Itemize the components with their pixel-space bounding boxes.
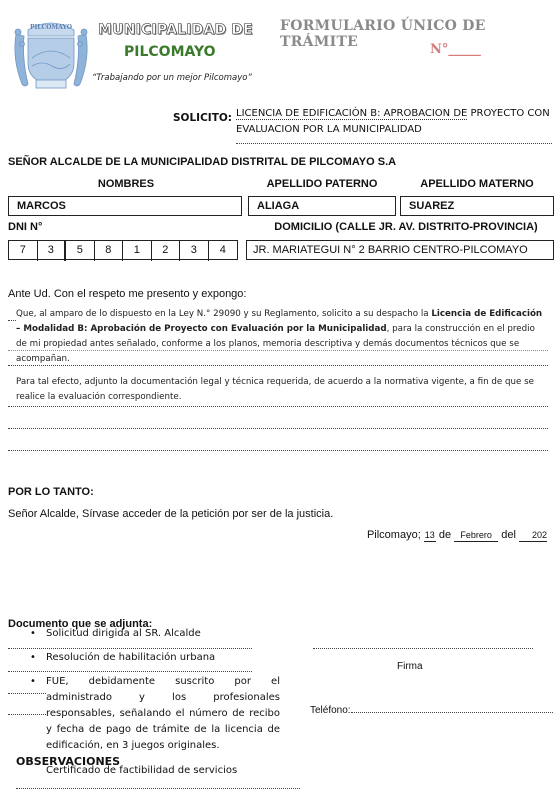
apellido-materno-field[interactable]: SUAREZ	[400, 196, 554, 216]
svg-text:PILCOMAYO: PILCOMAYO	[30, 24, 72, 31]
municipality-name-line1: MUNICIPALIDAD DE	[98, 22, 253, 38]
apellido-paterno-header: APELLIDO PATERNO	[248, 178, 396, 190]
closing-heading: POR LO TANTO:	[8, 486, 94, 498]
dni-field[interactable]: 73581234	[8, 240, 238, 260]
dotted-line	[8, 320, 16, 321]
apellido-materno-header: APELLIDO MATERNO	[400, 178, 554, 190]
closing-text: Señor Alcalde, Sírvase acceder de la pet…	[8, 508, 333, 520]
form-title: FORMULARIO ÚNICO DE TRÁMITE	[280, 18, 555, 50]
municipality-name-line2: PILCOMAYO	[124, 44, 216, 60]
request-dotted-line	[236, 143, 552, 144]
domicilio-field[interactable]: JR. MARIATEGUI N° 2 BARRIO CENTRO-PILCOM…	[246, 240, 554, 260]
phone-row: Teléfono:	[310, 705, 553, 716]
nombres-header: NOMBRES	[8, 178, 244, 190]
dotted-line	[8, 406, 548, 407]
slogan: “Trabajando por un mejor Pilcomayo”	[92, 73, 252, 83]
dni-digit[interactable]: 7	[9, 241, 38, 261]
request-line1-underlined: LICENCIA DE EDIFICACIÒN B: APROBACION DE	[236, 108, 467, 120]
dotted-line	[8, 450, 548, 451]
dni-digit[interactable]: 3	[38, 241, 67, 261]
request-label: SOLICITO:	[173, 112, 232, 124]
dotted-line	[8, 648, 252, 649]
form-number[interactable]: N°_____	[430, 42, 481, 57]
dni-digit[interactable]: 2	[152, 241, 181, 261]
day-field[interactable]: 13	[424, 530, 436, 542]
request-line1: LICENCIA DE EDIFICACIÒN B: APROBACION DE…	[236, 108, 550, 119]
dni-digit[interactable]: 3	[180, 241, 209, 261]
signature-line[interactable]	[313, 648, 533, 649]
domicilio-header: DOMICILIO (CALLE JR. AV. DISTRITO-PROVIN…	[258, 221, 554, 233]
observations-line[interactable]	[16, 788, 300, 789]
attachment-item: •Resolución de habilitación urbana	[46, 650, 280, 666]
paragraph-1: Que, al amparo de lo dispuesto en la Ley…	[16, 307, 548, 367]
phone-label: Teléfono:	[310, 705, 351, 716]
dni-header: DNI N°	[8, 221, 42, 233]
month-field[interactable]: Febrero	[454, 530, 498, 542]
dni-digit[interactable]: 5	[66, 241, 95, 261]
dni-digit[interactable]: 8	[95, 241, 124, 261]
dotted-line	[8, 350, 548, 351]
attachment-item: •FUE, debidamente suscrito por el admini…	[46, 674, 280, 754]
observations-heading: OBSERVACIONES	[16, 755, 120, 768]
dni-digit[interactable]: 1	[123, 241, 152, 261]
dotted-line	[8, 671, 252, 672]
paragraph-2: Para tal efecto, adjunto la documentació…	[16, 375, 548, 405]
coat-of-arms-logo: PILCOMAYO	[10, 14, 92, 96]
phone-field[interactable]	[351, 705, 553, 713]
apellido-paterno-field[interactable]: ALIAGA	[248, 196, 396, 216]
dotted-line	[8, 693, 46, 694]
dni-digit[interactable]: 4	[209, 241, 238, 261]
attachment-item: •Solicitud dirigida al SR. Alcalde	[46, 626, 280, 642]
nombres-field[interactable]: MARCOS	[8, 196, 242, 216]
dotted-line	[8, 365, 548, 366]
intro-text: Ante Ud. Con el respeto me presento y ex…	[8, 288, 246, 300]
addressee: SEÑOR ALCALDE DE LA MUNICIPALIDAD DISTRI…	[8, 156, 396, 168]
dotted-line	[8, 428, 548, 429]
date-line: Pilcomayo; 13 de Febrero del 202	[367, 529, 547, 542]
signature-label: Firma	[397, 661, 423, 672]
year-field[interactable]: 202	[519, 530, 547, 542]
dotted-line	[8, 714, 46, 715]
request-line2: EVALUACION POR LA MUNICIPALIDAD	[236, 124, 422, 135]
